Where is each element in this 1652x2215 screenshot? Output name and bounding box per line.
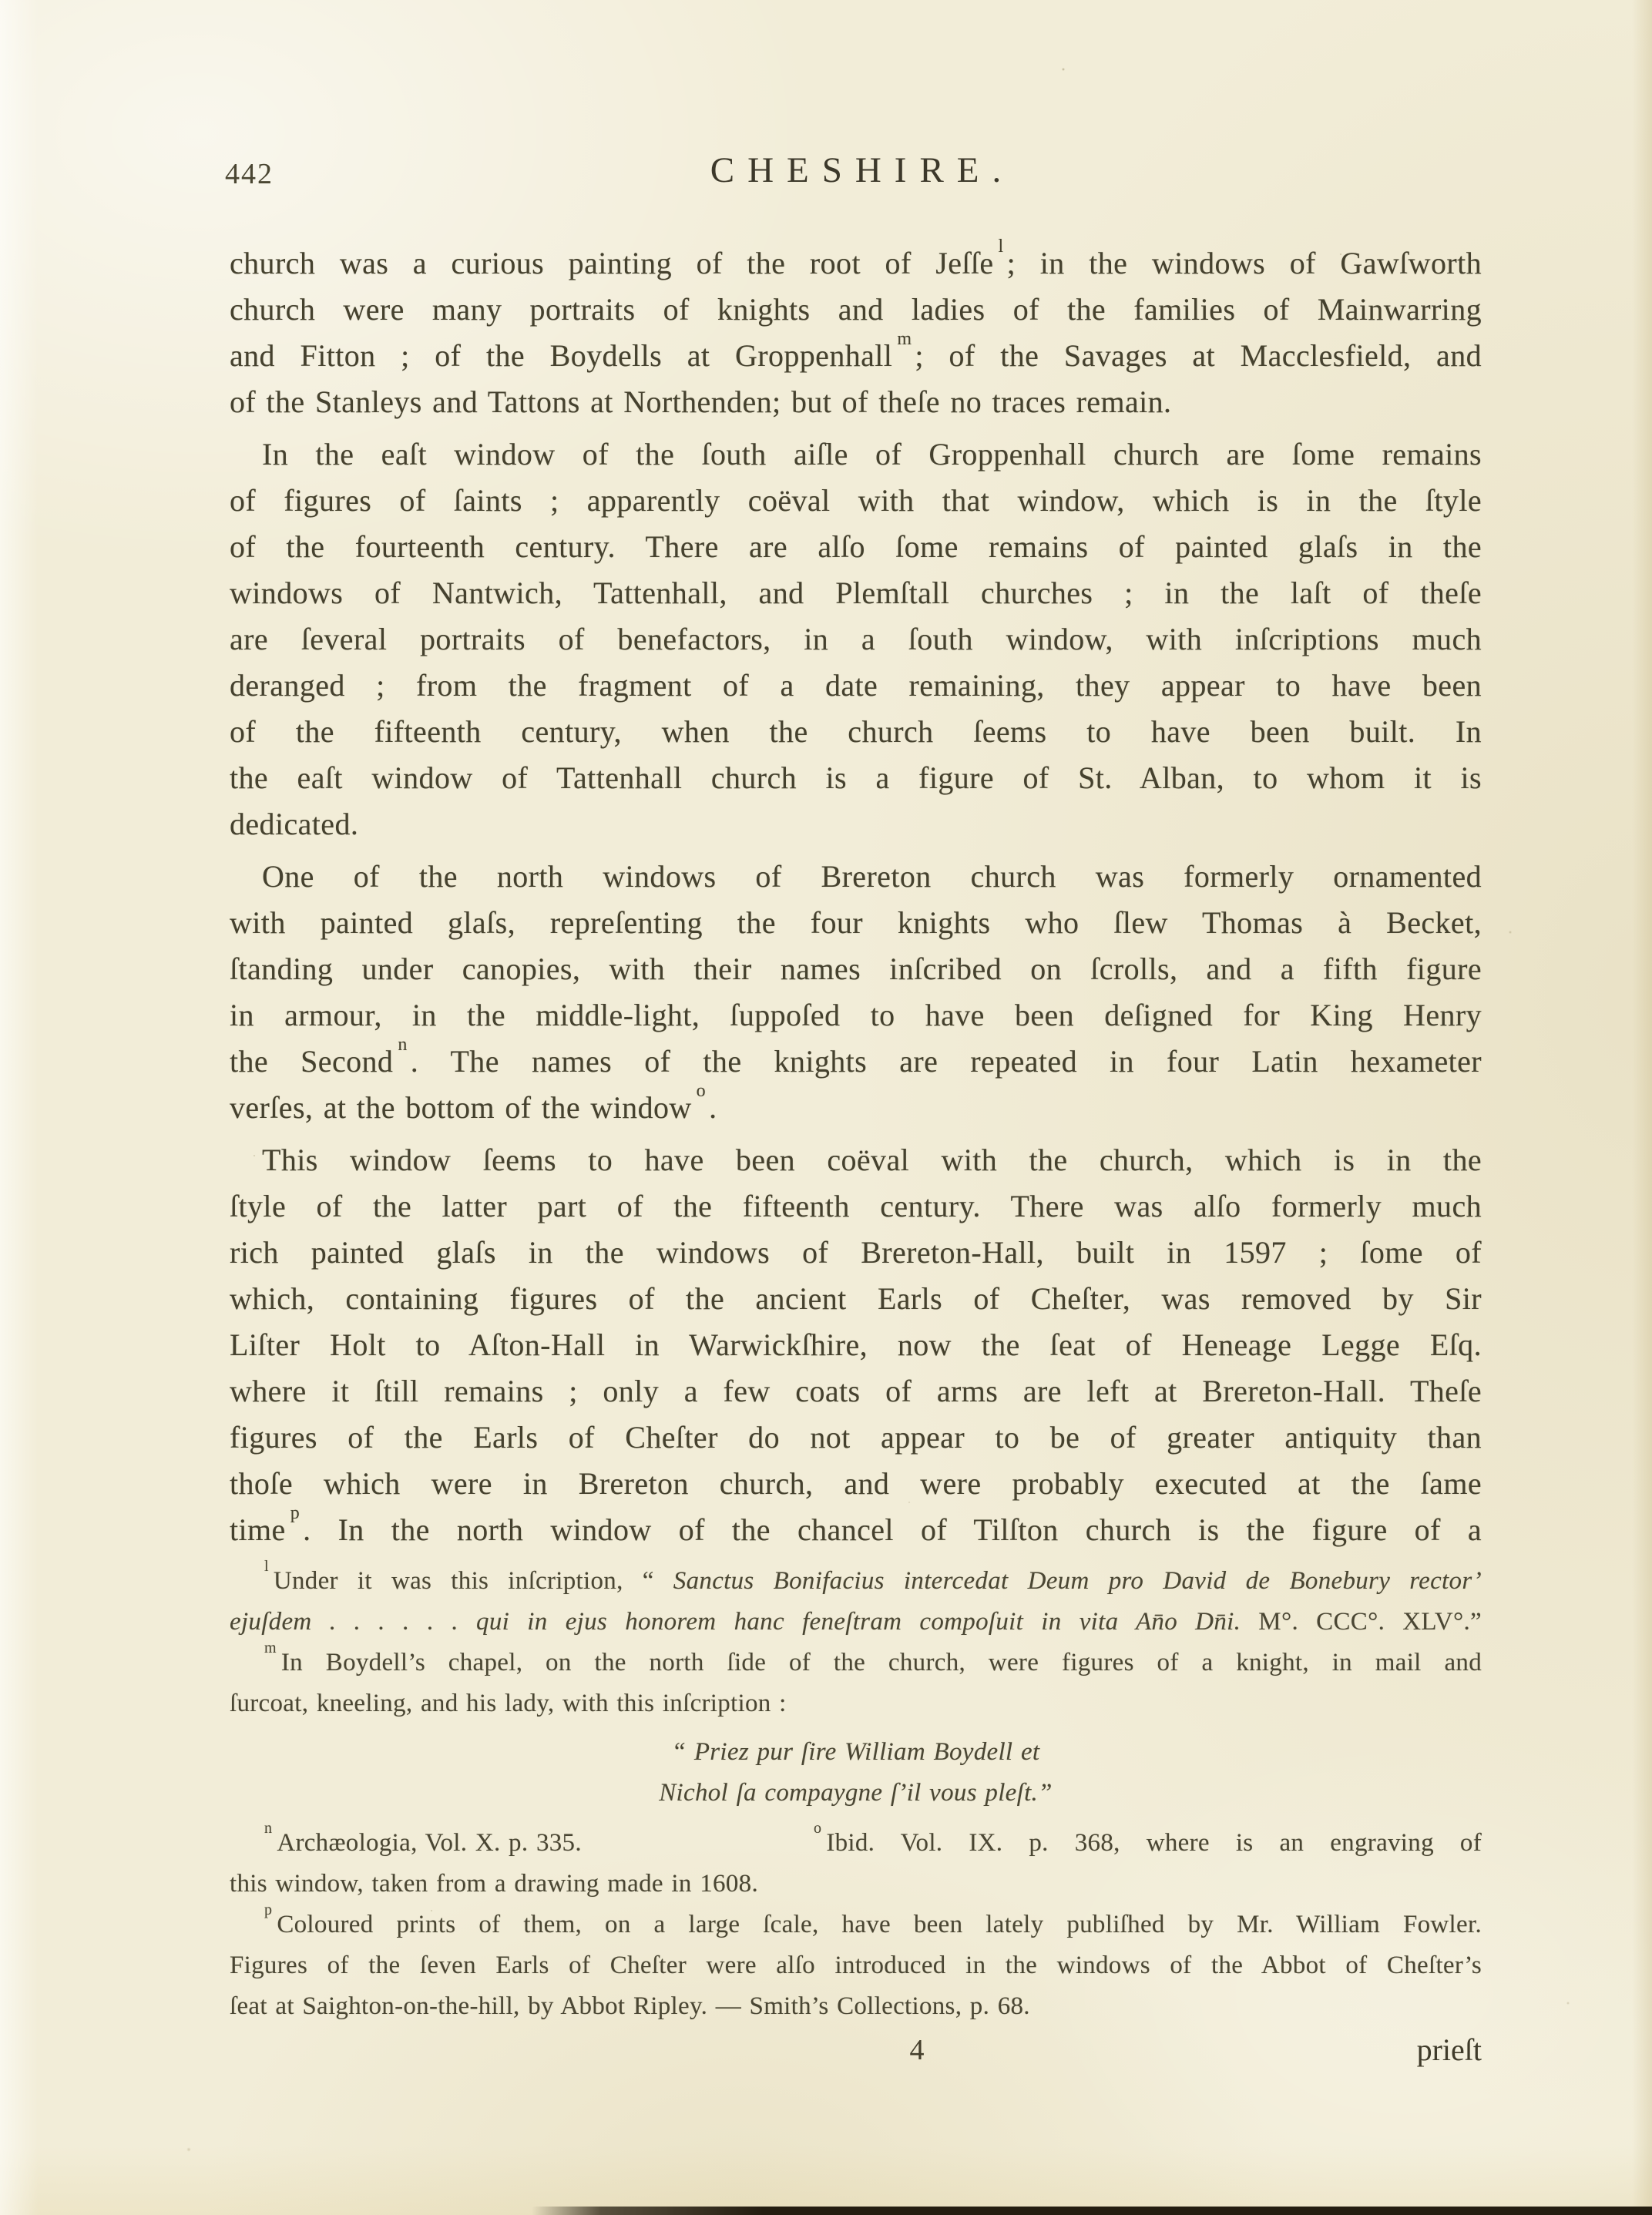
footnote-marker: o bbox=[697, 1081, 706, 1101]
footnote-marker: p bbox=[290, 1503, 300, 1523]
paragraph: In the eaſt window of the ſouth aiſle of… bbox=[230, 431, 1482, 847]
text-line: church were many portraits of knights an… bbox=[230, 287, 1482, 333]
text-line: with painted glaſs, repreſenting the fou… bbox=[230, 900, 1482, 946]
text-segment: Coloured prints of them, on a large ſcal… bbox=[277, 1911, 1482, 1938]
text-line: of figures of ſaints ; apparently coëval… bbox=[230, 478, 1482, 524]
footnote-line: ſeat at Saighton-on-the-hill, by Abbot R… bbox=[230, 1986, 1482, 2027]
paragraph: This window ſeems to have been coëval wi… bbox=[230, 1137, 1482, 1553]
paragraph: One of the north windows of Brereton chu… bbox=[230, 854, 1482, 1131]
footnote-line: lUnder it was this inſcription, “ Sanctu… bbox=[230, 1561, 1482, 1602]
text-line: One of the north windows of Brereton chu… bbox=[230, 854, 1482, 900]
footnote-marker: m bbox=[264, 1639, 277, 1656]
body-text: church was a curious painting of the roo… bbox=[230, 240, 1482, 1553]
footnote-line: pColoured prints of them, on a large ſca… bbox=[230, 1905, 1482, 1945]
catchword: prieſt bbox=[1417, 2032, 1482, 2068]
text-line: windows of Nantwich, Tattenhall, and Ple… bbox=[230, 570, 1482, 616]
verse-line: Nichol ſa compaygne ſ’il vous pleſt.” bbox=[230, 1773, 1482, 1814]
footnote-o: oIbid. Vol. IX. p. 368, where is an engr… bbox=[814, 1823, 1482, 1864]
text-line: rich painted glaſs in the windows of Bre… bbox=[230, 1230, 1482, 1276]
scan-bottom-edge bbox=[532, 2207, 1652, 2215]
scan-right-edge-shadow bbox=[1632, 0, 1652, 2215]
text-line: timep. In the north window of the chance… bbox=[230, 1507, 1482, 1553]
text-line: are ſeveral portraits of benefactors, in… bbox=[230, 616, 1482, 663]
page-content: 442 CHESHIRE. church was a curious paint… bbox=[230, 0, 1482, 2079]
text-segment: the Second bbox=[230, 1044, 393, 1079]
text-segment: In Boydell’s chapel, on the north ſide o… bbox=[281, 1649, 1482, 1676]
text-line: of the fourteenth century. There are alſ… bbox=[230, 524, 1482, 570]
text-line: Liſter Holt to Aſton-Hall in Warwickſhir… bbox=[230, 1322, 1482, 1368]
footnote-marker: n bbox=[398, 1035, 407, 1055]
text-line: dedicated. bbox=[230, 801, 1482, 847]
text-segment: M°. CCC°. XLV°.” bbox=[1241, 1608, 1482, 1636]
text-line: deranged ; from the fragment of a date r… bbox=[230, 663, 1482, 709]
text-segment: Under it was this inſcription, “ bbox=[274, 1567, 673, 1595]
text-line: church was a curious painting of the roo… bbox=[230, 240, 1482, 287]
footnote-marker: o bbox=[814, 1820, 821, 1837]
text-line: figures of the Earls of Cheſter do not a… bbox=[230, 1415, 1482, 1461]
text-segment: ejuſdem . . . . . . qui in ejus honorem … bbox=[230, 1608, 1241, 1636]
text-line: of the fifteenth century, when the churc… bbox=[230, 709, 1482, 755]
text-segment: . In the north window of the chancel of … bbox=[303, 1512, 1482, 1547]
footnote-line: this window, taken from a drawing made i… bbox=[230, 1864, 1482, 1905]
text-segment: . bbox=[709, 1090, 717, 1125]
text-segment: verſes, at the bottom of the window bbox=[230, 1090, 692, 1125]
verse-line: “ Priez pur ſire William Boydell et bbox=[230, 1732, 1482, 1773]
scanned-book-page: 442 CHESHIRE. church was a curious paint… bbox=[0, 0, 1652, 2215]
page-header-row: 442 CHESHIRE. bbox=[230, 149, 1482, 194]
paragraph: church was a curious painting of the roo… bbox=[230, 240, 1482, 425]
text-line: where it ſtill remains ; only a few coat… bbox=[230, 1368, 1482, 1415]
text-segment: . The names of the knights are repeated … bbox=[411, 1044, 1482, 1079]
text-line: the eaſt window of Tattenhall church is … bbox=[230, 755, 1482, 801]
text-segment: ; of the Savages at Macclesfield, and bbox=[915, 338, 1482, 373]
text-line: In the eaſt window of the ſouth aiſle of… bbox=[230, 431, 1482, 478]
footnote-marker: p bbox=[264, 1901, 272, 1918]
text-segment: Ibid. Vol. IX. p. 368, where is an engra… bbox=[826, 1829, 1482, 1857]
page-number: 442 bbox=[225, 157, 274, 191]
footnote-marker: l bbox=[999, 237, 1004, 257]
footnote-n: nArchæologia, Vol. X. p. 335. bbox=[230, 1823, 814, 1864]
text-line: and Fitton ; of the Boydells at Groppenh… bbox=[230, 333, 1482, 379]
text-line: thoſe which were in Brereton church, and… bbox=[230, 1461, 1482, 1507]
text-line: the Secondn. The names of the knights ar… bbox=[230, 1039, 1482, 1085]
footnote-line: Figures of the ſeven Earls of Cheſter we… bbox=[230, 1945, 1482, 1986]
text-segment: ; in the windows of Gawſworth bbox=[1007, 246, 1482, 280]
text-segment: Archæologia, Vol. X. p. 335. bbox=[277, 1829, 582, 1857]
text-line: ſtanding under canopies, with their name… bbox=[230, 946, 1482, 992]
footnote-marker: n bbox=[264, 1820, 272, 1837]
text-segment: and Fitton ; of the Boydells at Groppenh… bbox=[230, 338, 892, 373]
footnote-line: ejuſdem . . . . . . qui in ejus honorem … bbox=[230, 1602, 1482, 1643]
text-line: of the Stanleys and Tattons at Northende… bbox=[230, 379, 1482, 425]
verse-block: “ Priez pur ſire William Boydell et Nich… bbox=[230, 1732, 1482, 1814]
signature-row: 4 prieſt bbox=[230, 2033, 1482, 2079]
footnote-marker: l bbox=[264, 1558, 269, 1575]
footnotes-section: lUnder it was this inſcription, “ Sanctu… bbox=[230, 1561, 1482, 2027]
running-title: CHESHIRE. bbox=[230, 149, 1482, 191]
text-segment: time bbox=[230, 1512, 286, 1547]
signature-mark: 4 bbox=[910, 2033, 925, 2067]
text-line: verſes, at the bottom of the windowo. bbox=[230, 1085, 1482, 1131]
footnote-line: mIn Boydell’s chapel, on the north ſide … bbox=[230, 1643, 1482, 1683]
footnote-line: nArchæologia, Vol. X. p. 335. oIbid. Vol… bbox=[230, 1823, 1482, 1864]
text-line: ſtyle of the latter part of the fifteent… bbox=[230, 1183, 1482, 1230]
text-line: in armour, in the middle-light, ſuppoſed… bbox=[230, 992, 1482, 1039]
text-segment: Sanctus Bonifacius intercedat Deum pro D… bbox=[673, 1567, 1482, 1595]
text-segment: church was a curious painting of the roo… bbox=[230, 246, 994, 280]
footnote-line: ſurcoat, kneeling, and his lady, with th… bbox=[230, 1683, 1482, 1724]
text-line: This window ſeems to have been coëval wi… bbox=[230, 1137, 1482, 1183]
footnote-marker: m bbox=[897, 329, 912, 349]
text-line: which, containing figures of the ancient… bbox=[230, 1276, 1482, 1322]
